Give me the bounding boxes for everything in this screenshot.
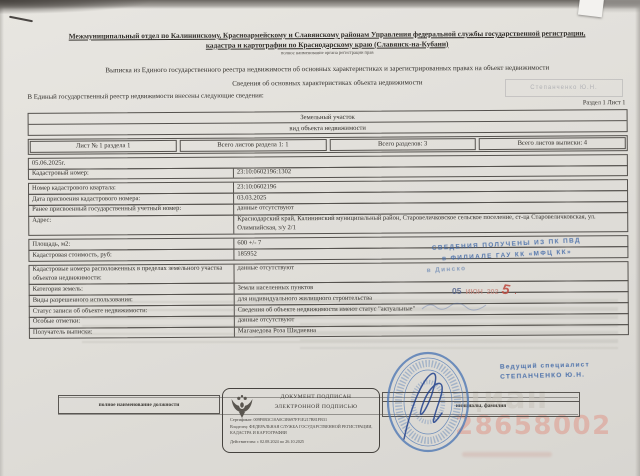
photo-right-edge	[635, 0, 640, 476]
row-label: Кадастровые номера расположенных в преде…	[29, 264, 234, 284]
row-label: Адрес:	[29, 215, 234, 235]
date-stamp-month: ИЮН	[465, 289, 482, 296]
handwritten-signature	[390, 353, 472, 451]
row-label: Ранее присвоенный государственный учетны…	[29, 204, 234, 215]
date-stamp-day: 05	[452, 286, 461, 296]
sheet-count-cell: Лист № 1 раздела 1	[30, 140, 177, 153]
photo-left-edge	[0, 0, 4, 476]
row-label: Кадастровая стоимость, руб:	[29, 250, 234, 261]
photo-dark-corner	[0, 0, 150, 14]
registration-authority-name: Межмуниципальный отдел по Калининскому, …	[27, 28, 627, 51]
row-label: Дата присвоения кадастрового номера:	[29, 194, 234, 205]
scanned-egrn-extract-page: циан 28658002 Межмуниципальный отдел по …	[0, 0, 640, 476]
row-label: Номер кадастрового квартала:	[29, 183, 234, 194]
date-stamp-year: 202	[487, 289, 499, 296]
pen-mark	[9, 16, 33, 23]
photo-top-right-shadow	[601, 0, 640, 13]
date-stamp-dot: .	[514, 286, 517, 296]
row-value: Краснодарский край, Калининский муниципа…	[234, 213, 627, 234]
row-label: Кадастровый номер:	[29, 168, 234, 179]
esig-certificate: Сертификат: 009F0B3C10A0C3B697FF1E217B81…	[230, 417, 374, 423]
specialist-name: Степанченко Ю.Н.	[500, 369, 630, 382]
bleed-through-name-stamp: Степанченко Ю.Н.	[505, 79, 623, 97]
authority-line-2: кадастра и картографии по Краснодарскому…	[206, 39, 449, 49]
date-stamp: 05 ИЮН 202 5 .	[452, 281, 517, 297]
watermark-smudge	[462, 452, 552, 457]
esig-title-line1: ДОКУМЕНТ ПОДПИСАН	[257, 394, 375, 400]
underlying-page-edge	[578, 0, 604, 17]
sheet-count-cell: Всего листов раздела 1: 1	[179, 139, 326, 152]
esig-owner: Владелец: ФЕДЕРАЛЬНАЯ СЛУЖБА ГОСУДАРСТВЕ…	[230, 424, 374, 437]
sheet-count-row: Лист № 1 раздела 1Всего листов раздела 1…	[28, 135, 628, 155]
handwritten-digit: 5	[501, 280, 511, 297]
row-value: 23:10:0602196:1302	[234, 166, 627, 178]
object-type-table: Земельный участок вид объекта недвижимос…	[28, 109, 628, 136]
esig-validity: Действителен: с 02.08.2024 по 26.10.2025	[230, 439, 374, 445]
row-label: Категория земель:	[30, 284, 235, 295]
document-title: Выписка из Единого государственного реес…	[27, 63, 627, 76]
row-label: Площадь, м2:	[29, 239, 234, 250]
document-body: Межмуниципальный отдел по Калининскому, …	[27, 28, 629, 339]
sheet-count-cell: Всего листов выписки: 4	[479, 137, 626, 150]
specialist-stamp: Ведущий специалист Степанченко Ю.Н.	[500, 359, 630, 382]
table-row: Адрес: Краснодарский край, Калининский м…	[28, 212, 628, 236]
sheet-count-cell: Всего разделов: 3	[329, 138, 476, 151]
faint-ink-mark	[420, 300, 490, 314]
table-row: Кадастровый номер: 23:10:0602196:1302	[28, 165, 628, 180]
esig-title-line2: ЭЛЕКТРОННОЙ ПОДПИСЬЮ	[257, 404, 375, 410]
position-caption: полное наименование должности	[58, 395, 220, 414]
electronic-signature-stamp: ДОКУМЕНТ ПОДПИСАН ЭЛЕКТРОННОЙ ПОДПИСЬЮ С…	[222, 388, 380, 453]
